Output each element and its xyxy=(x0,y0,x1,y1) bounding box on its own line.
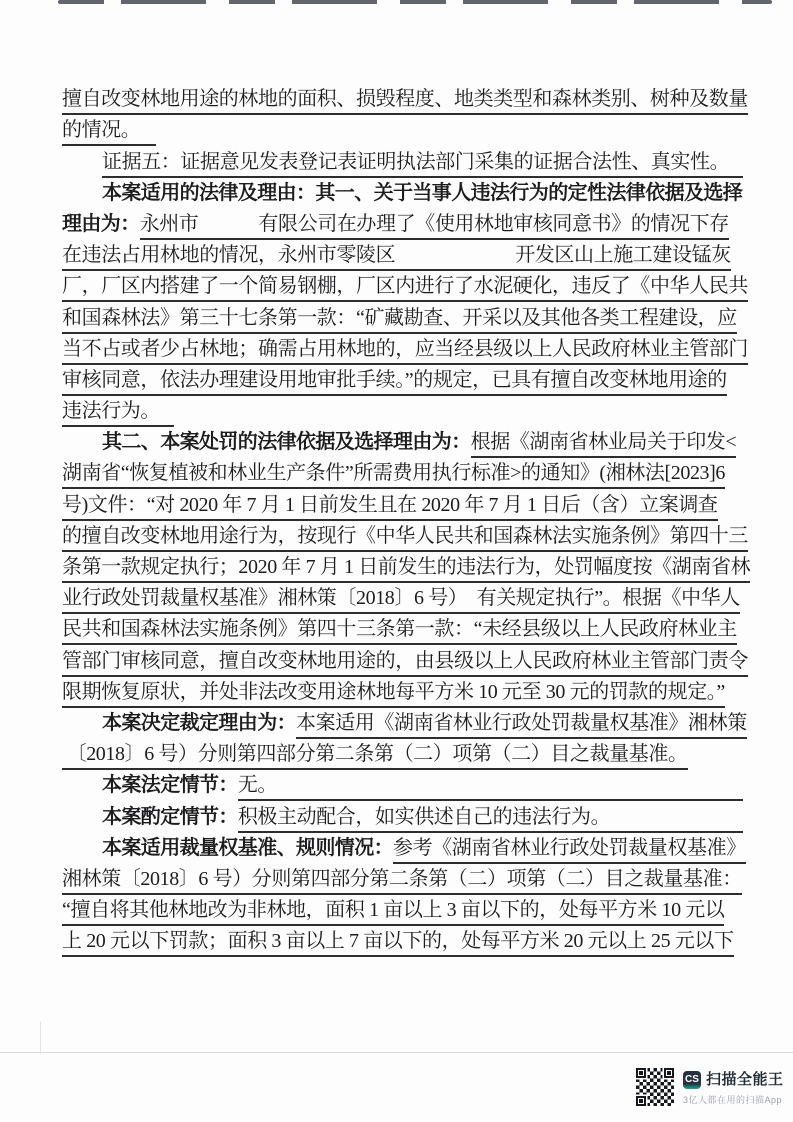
body-text: 参考《湖南省林业行政处罚裁量权基准》 xyxy=(393,831,746,864)
body-text: 〔2018〕6 号）分则第四部分第二条第（二）项第（二）目之裁量基准。 xyxy=(62,737,688,770)
body-text: 号)文件：“对 2020 年 7 月 1 日前发生且在 2020 年 7 月 1… xyxy=(62,488,718,521)
bold-label: 本案适用的法律及理由：其一、关于当事人违法行为的定性法律依据及选择 xyxy=(102,176,742,209)
scanned-page: { "page": { "background": "#fdfdfd", "te… xyxy=(0,0,793,1122)
body-text: 本案适用《湖南省林业行政处罚裁量权基准》湘林策 xyxy=(296,706,747,739)
qr-finder-icon xyxy=(664,1068,674,1078)
text-line: 〔2018〕6 号）分则第四部分第二条第（二）项第（二）目之裁量基准。 xyxy=(62,739,743,770)
body-text: 厂，厂区内搭建了一个简易钢棚，厂区内进行了水泥硬化，违反了《中华人民共 xyxy=(62,269,748,302)
body-text: 限期恢复原状，并处非法改变用途林地每平方米 10 元至 30 元的罚款的规定。” xyxy=(62,675,725,708)
camscanner-tagline: 3亿人都在用的扫描App xyxy=(683,1095,784,1105)
body-text: 永州市 xyxy=(140,207,199,240)
body-text: 业行政处罚裁量权基准》湘林策〔2018〕6 号） 有关规定执行”。根据《中华人 xyxy=(62,581,740,614)
text-line: 上 20 元以下罚款；面积 3 亩以上 7 亩以下的，处每平方米 20 元以上 … xyxy=(62,926,743,957)
body-text: 开发区山上施工建设锰灰 xyxy=(515,238,731,271)
text-line: 条第一款规定执行；2020 年 7 月 1 日前发生的违法行为，处罚幅度按《湖南… xyxy=(62,552,743,583)
camscanner-label-group: CS 扫描全能王 3亿人都在用的扫描App xyxy=(683,1068,784,1105)
body-text: 当不占或者少占林地；确需占用林地的，应当经县级以上人民政府林业主管部门 xyxy=(62,332,748,365)
body-text: 的擅自改变林地用途行为，按现行《中华人民共和国森林法实施条例》第四十三 xyxy=(62,519,748,552)
body-text: 的情况。 xyxy=(62,113,140,146)
body-text: 条第一款规定执行；2020 年 7 月 1 日前发生的违法行为，处罚幅度按《湖南… xyxy=(62,550,750,583)
body-text: 积极主动配合，如实供述自己的违法行为。 xyxy=(238,800,610,833)
text-line: 本案适用的法律及理由：其一、关于当事人违法行为的定性法律依据及选择 xyxy=(62,178,743,209)
body-text: 违法行为。 xyxy=(62,394,160,427)
body-text: 在违法占用林地的情况，永州市零陵区 xyxy=(62,238,395,271)
body-text: 和国森林法》第三十七条第一款：“矿藏勘查、开采以及其他各类工程建设，应 xyxy=(62,301,737,334)
scan-top-edge-marks xyxy=(58,0,772,4)
text-line: 当不占或者少占林地；确需占用林地的，应当经县级以上人民政府林业主管部门 xyxy=(62,334,743,365)
text-line: 业行政处罚裁量权基准》湘林策〔2018〕6 号） 有关规定执行”。根据《中华人 xyxy=(62,583,743,614)
text-line: 违法行为。 xyxy=(62,396,743,427)
body-text: 证据五：证据意见发表登记表证明执法部门采集的证据合法性、真实性。 xyxy=(102,145,729,178)
body-text: 审核同意，依法办理建设用地审批手续。”的规定，已具有擅自改变林地用途的 xyxy=(62,363,727,396)
text-line: 的擅自改变林地用途行为，按现行《中华人民共和国森林法实施条例》第四十三 xyxy=(62,521,743,552)
qr-finder-icon xyxy=(636,1096,646,1106)
camscanner-logo-icon: CS xyxy=(683,1071,701,1089)
bold-label: 理由为： xyxy=(62,207,140,240)
body-text: 有限公司在办理了《使用林地审核同意书》的情况下存 xyxy=(258,207,728,240)
bold-label: 本案法定情节： xyxy=(102,768,238,801)
text-line: 民共和国森林法实施条例》第四十三条第一款：“未经县级以上人民政府林业主 xyxy=(62,614,743,645)
qr-finder-icon xyxy=(636,1068,646,1078)
text-line: 号)文件：“对 2020 年 7 月 1 日前发生且在 2020 年 7 月 1… xyxy=(62,489,743,520)
document-body: 擅自改变林地用途的林地的面积、损毁程度、地类类型和森林类别、树种及数量的情况。证… xyxy=(62,84,743,957)
text-line: 管部门审核同意，擅自改变林地用途的，由县级以上人民政府林业主管部门责令 xyxy=(62,645,743,676)
body-text: 管部门审核同意，擅自改变林地用途的，由县级以上人民政府林业主管部门责令 xyxy=(62,644,748,677)
bold-label: 本案适用裁量权基准、规则情况： xyxy=(102,831,393,864)
camscanner-watermark: CS 扫描全能王 3亿人都在用的扫描App xyxy=(636,1068,784,1106)
text-line: 湘林策〔2018〕6 号）分则第四部分第二条第（二）项第（二）目之裁量基准： xyxy=(62,864,743,895)
text-line: 本案酌定情节：积极主动配合，如实供述自己的违法行为。 xyxy=(62,801,743,832)
body-text: 上 20 元以下罚款；面积 3 亩以上 7 亩以下的，处每平方米 20 元以上 … xyxy=(62,924,734,957)
text-line: 本案决定裁定理由为：本案适用《湖南省林业行政处罚裁量权基准》湘林策 xyxy=(62,708,743,739)
body-text: 无。 xyxy=(238,768,277,801)
body-text: “擅自将其他林地改为非林地，面积 1 亩以上 3 亩以下的，处每平方米 10 元… xyxy=(62,893,724,926)
text-line: 厂，厂区内搭建了一个简易钢棚，厂区内进行了水泥硬化，违反了《中华人民共 xyxy=(62,271,743,302)
text-line: 其二、本案处罚的法律依据及选择理由为：根据《湖南省林业局关于印发< xyxy=(62,427,743,458)
body-text: 擅自改变林地用途的林地的面积、损毁程度、地类类型和森林类别、树种及数量 xyxy=(62,82,748,115)
text-line: 本案适用裁量权基准、规则情况：参考《湖南省林业行政处罚裁量权基准》 xyxy=(62,833,743,864)
camscanner-app-name: 扫描全能王 xyxy=(706,1071,784,1089)
qr-code-icon xyxy=(636,1068,674,1106)
text-line: 限期恢复原状，并处非法改变用途林地每平方米 10 元至 30 元的罚款的规定。” xyxy=(62,677,743,708)
text-line: 在违法占用林地的情况，永州市零陵区开发区山上施工建设锰灰 xyxy=(62,240,743,271)
text-line: 审核同意，依法办理建设用地审批手续。”的规定，已具有擅自改变林地用途的 xyxy=(62,365,743,396)
body-text: 根据《湖南省林业局关于印发< xyxy=(471,425,737,458)
scan-left-artifact xyxy=(40,1022,41,1054)
bold-label: 其二、本案处罚的法律依据及选择理由为： xyxy=(102,425,471,458)
text-line: 湖南省“恢复植被和林业生产条件”所需费用执行标准>的通知》(湘林法[2023]6 xyxy=(62,458,743,489)
body-text: 民共和国森林法实施条例》第四十三条第一款：“未经县级以上人民政府林业主 xyxy=(62,612,737,645)
scan-bottom-edge-line xyxy=(0,1052,793,1053)
text-line: “擅自将其他林地改为非林地，面积 1 亩以上 3 亩以下的，处每平方米 10 元… xyxy=(62,895,743,926)
text-line: 证据五：证据意见发表登记表证明执法部门采集的证据合法性、真实性。 xyxy=(62,146,743,177)
body-text: 湖南省“恢复植被和林业生产条件”所需费用执行标准>的通知》(湘林法[2023]6 xyxy=(62,456,725,489)
body-text: 湘林策〔2018〕6 号）分则第四部分第二条第（二）项第（二）目之裁量基准： xyxy=(62,862,742,895)
text-line: 理由为：永州市有限公司在办理了《使用林地审核同意书》的情况下存 xyxy=(62,209,743,240)
text-line: 擅自改变林地用途的林地的面积、损毁程度、地类类型和森林类别、树种及数量 xyxy=(62,84,743,115)
text-line: 和国森林法》第三十七条第一款：“矿藏勘查、开采以及其他各类工程建设，应 xyxy=(62,302,743,333)
text-line: 的情况。 xyxy=(62,115,743,146)
bold-label: 本案酌定情节： xyxy=(102,800,238,833)
text-line: 本案法定情节：无。 xyxy=(62,770,743,801)
bold-label: 本案决定裁定理由为： xyxy=(102,706,296,739)
